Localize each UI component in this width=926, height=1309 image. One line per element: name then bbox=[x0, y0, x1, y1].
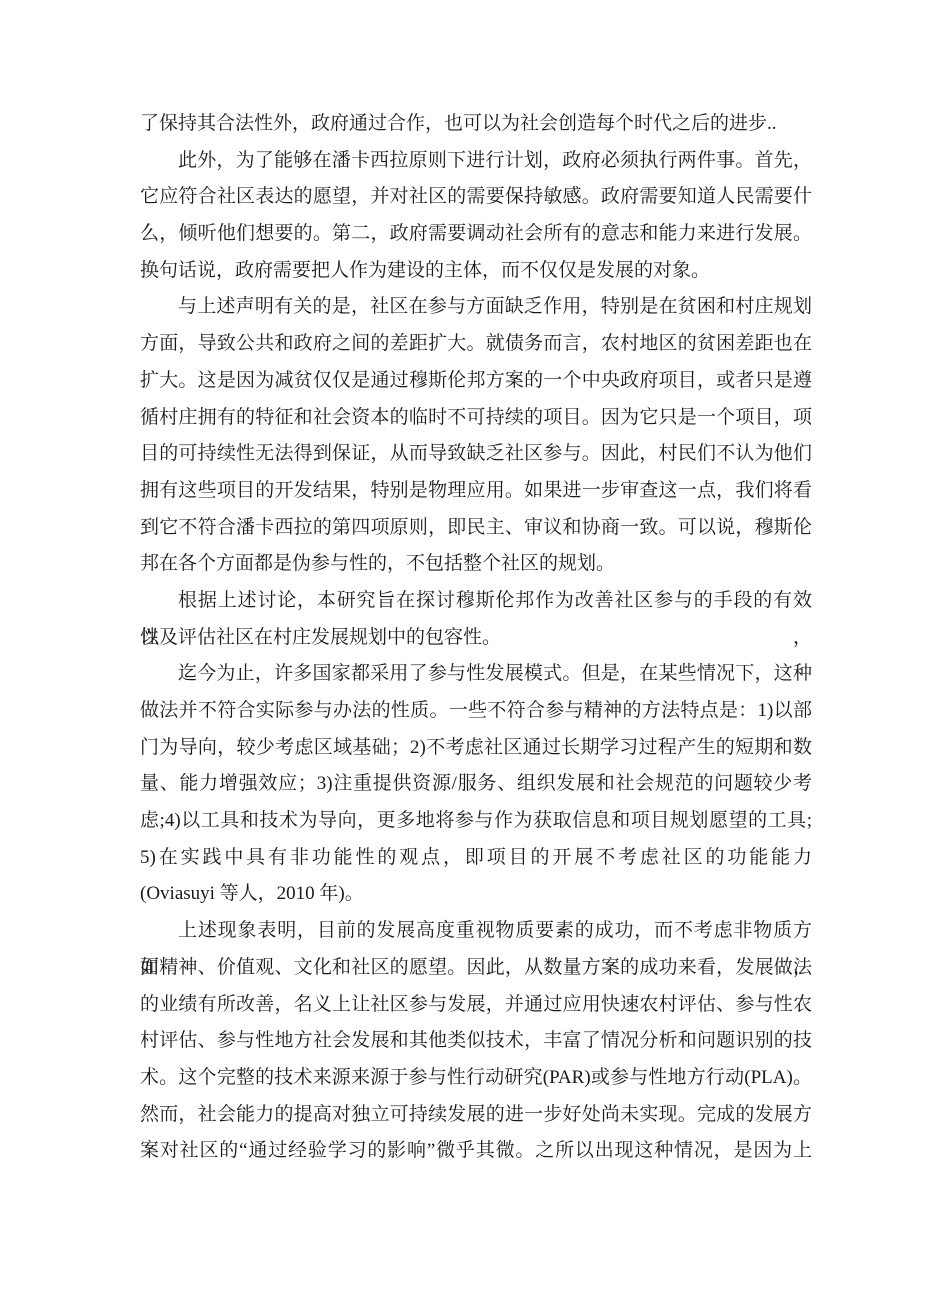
text-line: 扩大。这是因为减贫仅仅是通过穆斯伦邦方案的一个中央政府项目，或者只是遵 bbox=[140, 363, 812, 400]
text-line: 了保持其合法性外，政府通过合作，也可以为社会创造每个时代之后的进步.. bbox=[140, 106, 812, 143]
text-line: 虑;4)以工具和技术为导向，更多地将参与作为获取信息和项目规划愿望的工具; bbox=[140, 803, 812, 840]
text-line: 量、能力增强效应；3)注重提供资源/服务、组织发展和社会规范的问题较少考 bbox=[140, 766, 812, 803]
text-line: 5)在实践中具有非功能性的观点，即项目的开展不考虑社区的功能能力 bbox=[140, 840, 812, 877]
text-line: 根据上述讨论，本研究旨在探讨穆斯伦邦作为改善社区参与的手段的有效性， bbox=[140, 583, 812, 620]
text-line: 邦在各个方面都是伪参与性的，不包括整个社区的规划。 bbox=[140, 546, 812, 583]
text-line: 它应符合社区表达的愿望，并对社区的需要保持敏感。政府需要知道人民需要什 bbox=[140, 179, 812, 216]
text-line: (Oviasuyi 等人，2010 年)。 bbox=[140, 876, 812, 913]
text-line: 上述现象表明，目前的发展高度重视物质要素的成功，而不考虑非物质方面， bbox=[140, 913, 812, 950]
text-line: 么，倾听他们想要的。第二，政府需要调动社会所有的意志和能力来进行发展。 bbox=[140, 216, 812, 253]
text-line: 然而，社会能力的提高对独立可持续发展的进一步好处尚未实现。完成的发展方 bbox=[140, 1097, 812, 1134]
text-line: 的业绩有所改善，名义上让社区参与发展，并通过应用快速农村评估、参与性农 bbox=[140, 987, 812, 1024]
text-line: 术。这个完整的技术来源来源于参与性行动研究(PAR)或参与性地方行动(PLA)。 bbox=[140, 1060, 812, 1097]
text-line: 做法并不符合实际参与办法的性质。一些不符合参与精神的方法特点是：1)以部 bbox=[140, 693, 812, 730]
text-line: 案对社区的“通过经验学习的影响”微乎其微。之所以出现这种情况，是因为上 bbox=[140, 1133, 812, 1170]
text-line: 此外，为了能够在潘卡西拉原则下进行计划，政府必须执行两件事。首先， bbox=[140, 143, 812, 180]
text-line: 与上述声明有关的是，社区在参与方面缺乏作用，特别是在贫困和村庄规划 bbox=[140, 289, 812, 326]
text-line: 目的可持续性无法得到保证，从而导致缺乏社区参与。因此，村民们不认为他们 bbox=[140, 436, 812, 473]
text-line: 迄今为止，许多国家都采用了参与性发展模式。但是，在某些情况下，这种 bbox=[140, 656, 812, 693]
text-line: 到它不符合潘卡西拉的第四项原则，即民主、审议和协商一致。可以说，穆斯伦 bbox=[140, 510, 812, 547]
text-line: 门为导向，较少考虑区域基础；2)不考虑社区通过长期学习过程产生的短期和数 bbox=[140, 730, 812, 767]
document-page: 了保持其合法性外，政府通过合作，也可以为社会创造每个时代之后的进步..此外，为了… bbox=[0, 0, 926, 1309]
text-line: 村评估、参与性地方社会发展和其他类似技术，丰富了情况分析和问题识别的技 bbox=[140, 1023, 812, 1060]
text-line: 循村庄拥有的特征和社会资本的临时不可持续的项目。因为它只是一个项目，项 bbox=[140, 400, 812, 437]
body-text-block: 了保持其合法性外，政府通过合作，也可以为社会创造每个时代之后的进步..此外，为了… bbox=[140, 106, 812, 1170]
text-line: 拥有这些项目的开发结果，特别是物理应用。如果进一步审查这一点，我们将看 bbox=[140, 473, 812, 510]
text-line: 如精神、价值观、文化和社区的愿望。因此，从数量方案的成功来看，发展做法 bbox=[140, 950, 812, 987]
text-line: 换句话说，政府需要把人作为建设的主体，而不仅仅是发展的对象。 bbox=[140, 253, 812, 290]
text-line: 方面，导致公共和政府之间的差距扩大。就债务而言，农村地区的贫困差距也在 bbox=[140, 326, 812, 363]
